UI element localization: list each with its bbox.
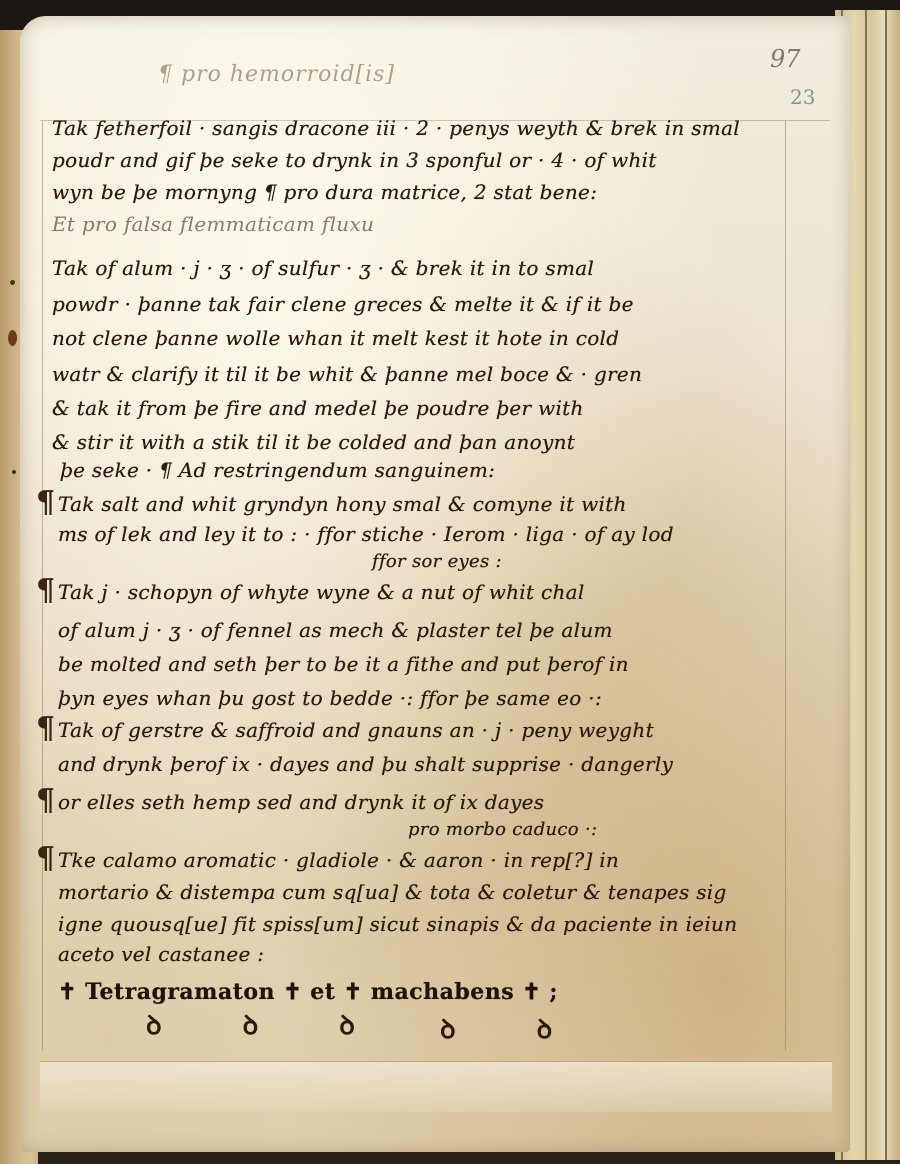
manuscript-line: Tak fetherfoil · sangis dracone iii · 2 … [52, 116, 740, 140]
manuscript-line: ms of lek and ley it to : · ffor stiche … [58, 522, 674, 546]
pilcrow-icon: ¶ [36, 786, 55, 816]
manuscript-line: pro morbo caduco ·: [408, 818, 597, 842]
pilcrow-icon: ¶ [36, 714, 55, 744]
stain-spot [8, 330, 17, 346]
ink-spot [10, 280, 15, 285]
charm-mark-group: ꝺ ꝺ ꝺ [146, 1006, 391, 1042]
manuscript-line: mortario & distempa cum sq[ua] & tota & … [58, 880, 727, 904]
page-edge-line [885, 10, 887, 1160]
manuscript-line: and drynk þerof ix · dayes and þu shalt … [58, 752, 673, 776]
manuscript-line: & tak it from þe fire and medel þe poudr… [52, 396, 584, 420]
folded-bottom-margin [40, 1061, 832, 1112]
ruling-line-right [785, 121, 786, 1051]
manuscript-line: Tke calamo aromatic · gladiole · & aaron… [58, 848, 619, 872]
manuscript-line: þyn eyes whan þu gost to bedde ·: ffor þ… [58, 686, 602, 710]
charm-mark-group: ꝺ ꝺ [440, 1010, 588, 1046]
manuscript-line: Tak of gerstre & saffroid and gnauns an … [58, 718, 654, 742]
folio-number: 97 [770, 45, 801, 73]
manuscript-line: Tak salt and whit gryndyn hony smal & co… [58, 492, 627, 516]
manuscript-line: be molted and seth þer to be it a fithe … [58, 652, 629, 676]
manuscript-line: aceto vel castanee : [58, 942, 264, 966]
manuscript-line: þe seke · ¶ Ad restringendum sanguinem: [60, 458, 495, 482]
manuscript-line: Tak j · schopyn of whyte wyne & a nut of… [58, 580, 585, 604]
ink-spot [12, 470, 16, 474]
manuscript-line: Et pro falsa flemmaticam fluxu [52, 212, 374, 236]
manuscript-line: ffor sor eyes : [372, 550, 502, 574]
manuscript-line: powdr · þanne tak fair clene greces & me… [52, 292, 634, 316]
manuscript-line: wyn be þe mornyng ¶ pro dura matrice, 2 … [52, 180, 597, 204]
old-folio-number: 23 [790, 85, 815, 109]
pilcrow-icon: ¶ [36, 844, 55, 874]
charm-inscription: ✝ Tetragramaton ✝ et ✝ machabens ✝ ; [58, 980, 558, 1004]
manuscript-line: poudr and gif þe seke to drynk in 3 spon… [52, 148, 657, 172]
pilcrow-icon: ¶ [36, 488, 55, 518]
manuscript-line: igne quousq[ue] fit spiss[um] sicut sina… [58, 912, 737, 936]
manuscript-line: of alum j · ʒ · of fennel as mech & plas… [58, 618, 613, 642]
manuscript-line: Tak of alum · j · ʒ · of sulfur · ʒ · & … [52, 256, 594, 280]
manuscript-line: not clene þanne wolle whan it melt kest … [52, 326, 619, 350]
pilcrow-icon: ¶ [36, 576, 55, 606]
manuscript-line: & stir it with a stik til it be colded a… [52, 430, 575, 454]
manuscript-line: watr & clarify it til it be whit & þanne… [52, 362, 642, 386]
manuscript-line: or elles seth hemp sed and drynk it of i… [58, 790, 544, 814]
running-heading: ¶ pro hemorroid[is] [158, 62, 395, 87]
page-edge-line [865, 10, 867, 1160]
